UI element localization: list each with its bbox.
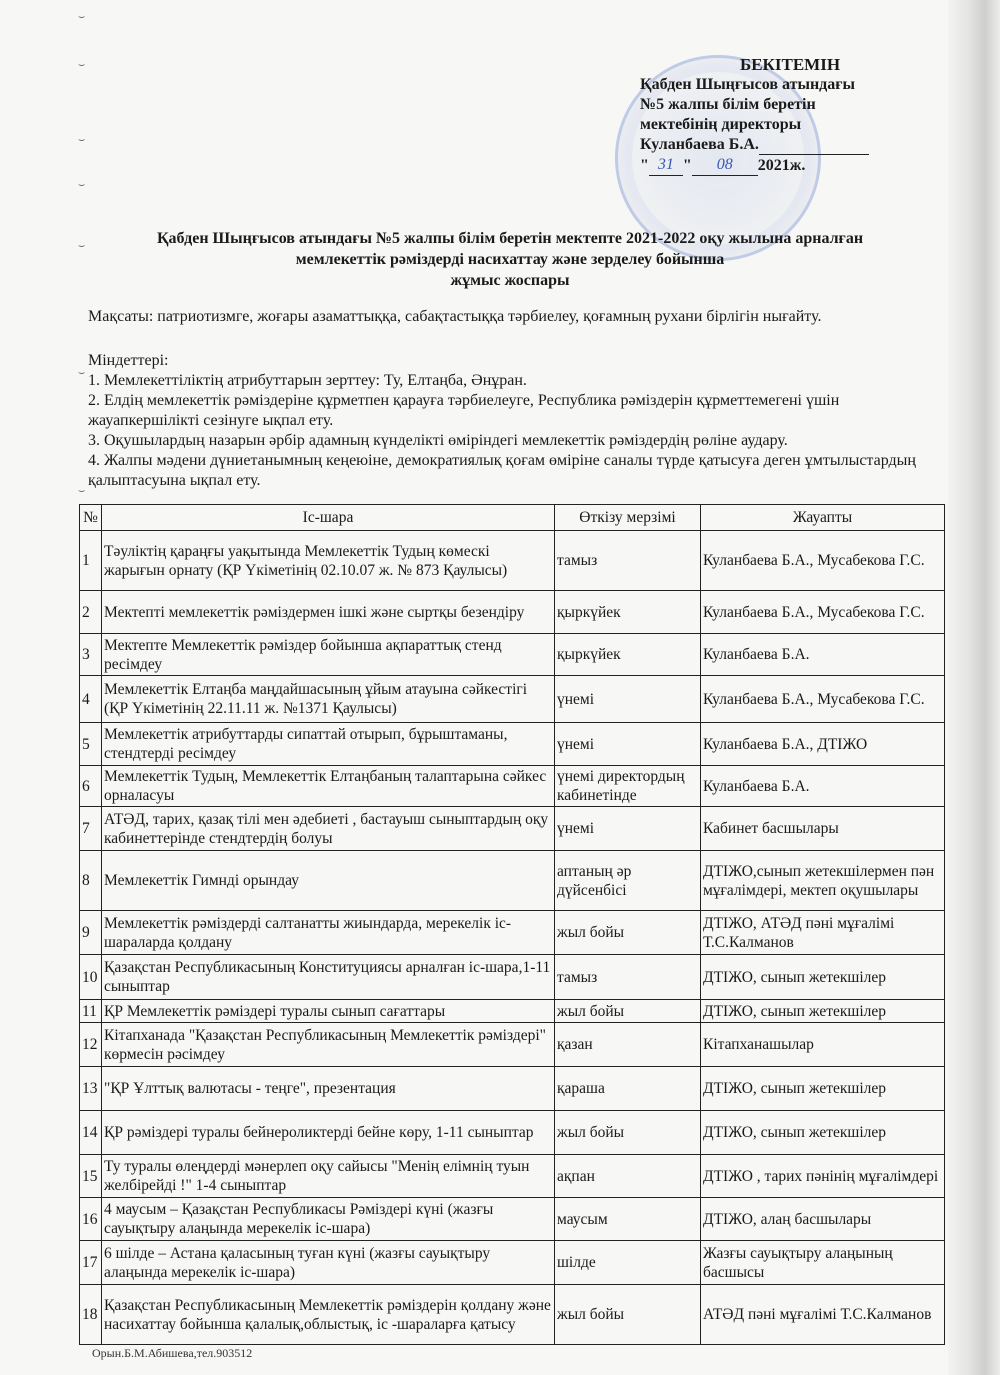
row-date: тамыз — [555, 531, 701, 591]
table-row: 10Қазақстан Республикасының Конституцияс… — [80, 955, 945, 1000]
row-responsible: ДТІЖО, алаң басшылары — [701, 1198, 945, 1241]
row-event: АТӘД, тарих, қазақ тілі мен әдебиеті , б… — [102, 807, 555, 851]
row-number: 5 — [80, 723, 102, 766]
approval-date: "31"082021ж. — [640, 155, 900, 176]
row-responsible: Куланбаева Б.А., ДТІЖО — [701, 723, 945, 766]
binder-mark-icon: ⌣ — [78, 137, 90, 144]
row-number: 2 — [80, 591, 102, 634]
approval-line-1: Қабден Шыңғысов атындағы — [640, 75, 900, 95]
row-number: 16 — [80, 1198, 102, 1241]
row-event: Қазақстан Республикасының Мемлекеттік рә… — [102, 1285, 555, 1345]
row-event: Мемлекеттік рәміздерді салтанатты жиында… — [102, 911, 555, 955]
table-row: 11ҚР Мемлекеттік рәміздері туралы сынып … — [80, 1000, 945, 1023]
task-item: 4. Жалпы мәдени дүниетанымның кеңеюіне, … — [88, 451, 928, 491]
approval-line-3: мектебінің директоры — [640, 115, 900, 135]
table-row: 12Кітапханада "Қазақстан Республикасының… — [80, 1023, 945, 1067]
row-number: 18 — [80, 1285, 102, 1345]
title-line-2: мемлекеттік рәміздерді насихаттау және з… — [80, 249, 940, 270]
row-responsible: Жазғы сауықтыру алаңының басшысы — [701, 1241, 945, 1285]
row-date: үнемі директордың кабинетінде — [555, 766, 701, 807]
date-month: 08 — [692, 155, 758, 176]
row-number: 4 — [80, 676, 102, 723]
row-event: Мемлекеттік Елтаңба маңдайшасының ұйым а… — [102, 676, 555, 723]
row-date: жыл бойы — [555, 911, 701, 955]
row-responsible: Кітапханашылар — [701, 1023, 945, 1067]
row-event: Мектепте Мемлекеттік рәміздер бойынша ақ… — [102, 634, 555, 676]
row-date: қазан — [555, 1023, 701, 1067]
header-event: Іс-шара — [102, 505, 555, 531]
signature-line — [759, 140, 869, 155]
table-row: 176 шілде – Астана қаласының туған күні … — [80, 1241, 945, 1285]
header-number: № — [80, 505, 102, 531]
row-responsible: ДТІЖО, сынып жетекшілер — [701, 1111, 945, 1155]
table-header-row: № Іс-шара Өткізу мерзімі Жауапты — [80, 505, 945, 531]
binder-mark-icon: ⌣ — [78, 182, 90, 189]
row-responsible: ДТІЖО, сынып жетекшілер — [701, 1067, 945, 1111]
document-title: Қабден Шыңғысов атындағы №5 жалпы білім … — [80, 228, 940, 291]
header-date: Өткізу мерзімі — [555, 505, 701, 531]
row-date: шілде — [555, 1241, 701, 1285]
task-item: 3. Оқушылардың назарын әрбір адамның күн… — [88, 431, 928, 451]
row-event: ҚР рәміздері туралы бейнероликтерді бейн… — [102, 1111, 555, 1155]
row-event: Мемлекеттік атрибуттарды сипаттай отырып… — [102, 723, 555, 766]
row-date: үнемі — [555, 723, 701, 766]
row-date: қыркүйек — [555, 591, 701, 634]
row-responsible: Куланбаева Б.А., Мусабекова Г.С. — [701, 591, 945, 634]
row-date: ақпан — [555, 1155, 701, 1198]
row-event: 4 маусым – Қазақстан Республикасы Рәмізд… — [102, 1198, 555, 1241]
row-number: 17 — [80, 1241, 102, 1285]
row-date: қыркүйек — [555, 634, 701, 676]
row-date: жыл бойы — [555, 1111, 701, 1155]
row-number: 12 — [80, 1023, 102, 1067]
task-item: 1. Мемлекеттіліктің атрибуттарын зерттеу… — [88, 371, 928, 391]
table-row: 18Қазақстан Республикасының Мемлекеттік … — [80, 1285, 945, 1345]
row-event: Қазақстан Республикасының Конституциясы … — [102, 955, 555, 1000]
row-number: 9 — [80, 911, 102, 955]
row-responsible: Куланбаева Б.А. — [701, 766, 945, 807]
approval-line-4: Куланбаева Б.А. — [640, 135, 900, 155]
row-responsible: Куланбаева Б.А., Мусабекова Г.С. — [701, 676, 945, 723]
table-row: 13 "ҚР Ұлттық валютасы - теңге", презент… — [80, 1067, 945, 1111]
row-date: аптаның әр дүйсенбісі — [555, 851, 701, 911]
scan-edge-shadow — [948, 0, 1000, 1375]
row-event: Кітапханада "Қазақстан Республикасының М… — [102, 1023, 555, 1067]
row-event: Ту туралы өлеңдерді мәнерлеп оқу сайысы … — [102, 1155, 555, 1198]
row-number: 11 — [80, 1000, 102, 1023]
row-number: 13 — [80, 1067, 102, 1111]
row-responsible: Куланбаева Б.А., Мусабекова Г.С. — [701, 531, 945, 591]
row-event: Тәуліктің қараңғы уақытында Мемлекеттік … — [102, 531, 555, 591]
row-number: 15 — [80, 1155, 102, 1198]
row-number: 6 — [80, 766, 102, 807]
row-date: қараша — [555, 1067, 701, 1111]
title-line-3: жұмыс жоспары — [80, 270, 940, 291]
row-date: маусым — [555, 1198, 701, 1241]
row-number: 7 — [80, 807, 102, 851]
row-responsible: ДТІЖО, сынып жетекшілер — [701, 1000, 945, 1023]
row-number: 14 — [80, 1111, 102, 1155]
binder-mark-icon: ⌣ — [78, 14, 90, 21]
row-responsible: ДТІЖО, сынып жетекшілер — [701, 955, 945, 1000]
approval-heading: БЕКІТЕМІН — [640, 55, 900, 75]
approval-line-2: №5 жалпы білім беретін — [640, 95, 900, 115]
director-name: Куланбаева Б.А. — [640, 136, 759, 153]
footer-contact: Орын.Б.М.Абишева,тел.903512 — [92, 1346, 252, 1361]
row-event: 6 шілде – Астана қаласының туған күні (ж… — [102, 1241, 555, 1285]
table-row: 7АТӘД, тарих, қазақ тілі мен әдебиеті , … — [80, 807, 945, 851]
table-row: 15Ту туралы өлеңдерді мәнерлеп оқу сайыс… — [80, 1155, 945, 1198]
table-row: 4Мемлекеттік Елтаңба маңдайшасының ұйым … — [80, 676, 945, 723]
row-responsible: Кабинет басшылары — [701, 807, 945, 851]
binder-mark-icon: ⌣ — [78, 62, 90, 69]
approval-block: БЕКІТЕМІН Қабден Шыңғысов атындағы №5 жа… — [640, 55, 900, 176]
row-number: 3 — [80, 634, 102, 676]
row-event: Мектепті мемлекеттік рәміздермен ішкі жә… — [102, 591, 555, 634]
table-row: 2Мектепті мемлекеттік рәміздермен ішкі ж… — [80, 591, 945, 634]
row-responsible: ДТІЖО , тарих пәнінің мұғалімдері — [701, 1155, 945, 1198]
row-responsible: ДТІЖО, АТӘД пәні мұғалімі Т.С.Калманов — [701, 911, 945, 955]
row-number: 8 — [80, 851, 102, 911]
table-row: 164 маусым – Қазақстан Республикасы Рәмі… — [80, 1198, 945, 1241]
table-row: 8Мемлекеттік Гимнді орындауаптаның әр дү… — [80, 851, 945, 911]
task-item: 2. Елдің мемлекеттік рәміздеріне құрметп… — [88, 391, 928, 431]
table-body: 1Тәуліктің қараңғы уақытында Мемлекеттік… — [80, 531, 945, 1345]
table-row: 6Мемлекеттік Тудың, Мемлекеттік Елтаңбан… — [80, 766, 945, 807]
row-date: үнемі — [555, 676, 701, 723]
work-plan-table: № Іс-шара Өткізу мерзімі Жауапты 1Тәулік… — [79, 504, 945, 1345]
table-row: 9Мемлекеттік рәміздерді салтанатты жиынд… — [80, 911, 945, 955]
tasks-section: Міндеттері: 1. Мемлекеттіліктің атрибутт… — [88, 351, 928, 491]
tasks-heading: Міндеттері: — [88, 351, 928, 371]
header-responsible: Жауапты — [701, 505, 945, 531]
row-event: Мемлекеттік Гимнді орындау — [102, 851, 555, 911]
row-event: ҚР Мемлекеттік рәміздері туралы сынып са… — [102, 1000, 555, 1023]
title-line-1: Қабден Шыңғысов атындағы №5 жалпы білім … — [80, 228, 940, 249]
row-number: 10 — [80, 955, 102, 1000]
row-responsible: Куланбаева Б.А. — [701, 634, 945, 676]
row-responsible: АТӘД пәні мұғалімі Т.С.Калманов — [701, 1285, 945, 1345]
row-date: жыл бойы — [555, 1000, 701, 1023]
row-responsible: ДТІЖО,сынып жетекшілермен пән мұғалімдер… — [701, 851, 945, 911]
table-row: 14ҚР рәміздері туралы бейнероликтерді бе… — [80, 1111, 945, 1155]
row-date: жыл бойы — [555, 1285, 701, 1345]
table-row: 1Тәуліктің қараңғы уақытында Мемлекеттік… — [80, 531, 945, 591]
row-number: 1 — [80, 531, 102, 591]
table-row: 5Мемлекеттік атрибуттарды сипаттай отыры… — [80, 723, 945, 766]
row-date: тамыз — [555, 955, 701, 1000]
table-row: 3Мектепте Мемлекеттік рәміздер бойынша а… — [80, 634, 945, 676]
row-event: Мемлекеттік Тудың, Мемлекеттік Елтаңбаны… — [102, 766, 555, 807]
date-day: 31 — [649, 155, 683, 176]
date-year: 2021ж. — [758, 157, 806, 174]
row-event: "ҚР Ұлттық валютасы - теңге", презентаци… — [102, 1067, 555, 1111]
row-date: үнемі — [555, 807, 701, 851]
goal-statement: Мақсаты: патриотизмге, жоғары азаматтыққ… — [88, 307, 948, 327]
